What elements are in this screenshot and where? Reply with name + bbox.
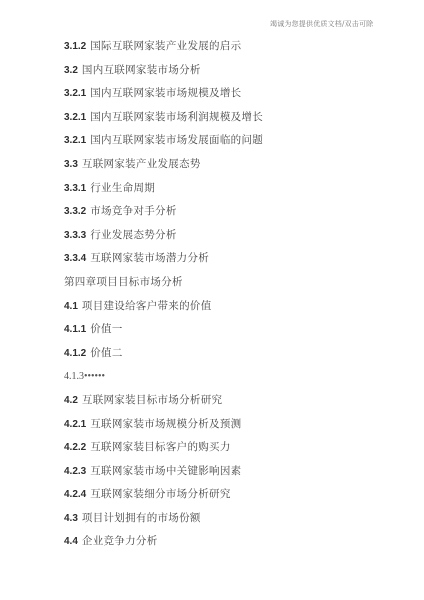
toc-title: 互联网家装市场中关键影响因素	[90, 465, 241, 477]
toc-number: 3.3.2	[64, 206, 86, 217]
toc-title: 互联网家装目标客户的购买力	[90, 441, 230, 453]
toc-number: 3.3.1	[64, 183, 86, 194]
toc-number: 3.2	[64, 65, 78, 76]
toc-entry: 4.3项目计划拥有的市场份额	[64, 507, 394, 531]
toc-entry: 3.3.2市场竞争对手分析	[64, 200, 394, 224]
toc-entry: 3.1.2国际互联网家装产业发展的启示	[64, 35, 394, 59]
toc-title: 项目建设给客户带来的价值	[82, 300, 212, 312]
toc-entry: 4.1.2价值二	[64, 342, 394, 366]
toc-title: 价值二	[90, 347, 122, 359]
toc-entry: 3.3互联网家装产业发展态势	[64, 153, 394, 177]
toc-title: 互联网家装目标市场分析研究	[82, 394, 222, 406]
toc-number: 4.1.2	[64, 348, 86, 359]
toc-number: 3.3.3	[64, 230, 86, 241]
toc-title: 互联网家装产业发展态势	[82, 158, 201, 170]
toc-title: 国内互联网家装市场规模及增长	[90, 87, 241, 99]
toc-entry: 4.2.2互联网家装目标客户的购买力	[64, 436, 394, 460]
toc-entry: 3.3.3行业发展态势分析	[64, 224, 394, 248]
toc-entry: 4.2互联网家装目标市场分析研究	[64, 389, 394, 413]
toc-number: 4.2	[64, 395, 78, 406]
toc-entry: 4.2.1互联网家装市场规模分析及预测	[64, 413, 394, 437]
toc-title: 价值一	[90, 323, 122, 335]
toc-number: 4.2.1	[64, 419, 86, 430]
toc-title: 项目计划拥有的市场份额	[82, 512, 201, 524]
toc-entry: 3.3.4互联网家装市场潜力分析	[64, 247, 394, 271]
toc-entry: 4.2.3互联网家装市场中关键影响因素	[64, 460, 394, 484]
toc-chapter-heading: 第四章项目目标市场分析	[64, 271, 394, 295]
toc-number: 4.4	[64, 536, 78, 547]
toc-number: 4.1.3••••••	[64, 371, 105, 382]
toc-number: 3.1.2	[64, 41, 86, 52]
toc-entry: 4.1.1价值一	[64, 318, 394, 342]
toc-number: 3.2.1	[64, 88, 86, 99]
toc-title: 企业竞争力分析	[82, 535, 158, 547]
toc-entry: 3.2国内互联网家装市场分析	[64, 59, 394, 83]
toc-entry: 3.2.1国内互联网家装市场发展面临的问题	[64, 129, 394, 153]
toc-title: 国内互联网家装市场发展面临的问题	[90, 134, 263, 146]
toc-entry: 4.1项目建设给客户带来的价值	[64, 295, 394, 319]
toc-number: 4.2.4	[64, 489, 86, 500]
toc-title: 第四章项目目标市场分析	[64, 276, 183, 288]
toc-number: 4.3	[64, 513, 78, 524]
toc-entry: 4.4企业竞争力分析	[64, 530, 394, 554]
toc-title: 国内互联网家装市场利润规模及增长	[90, 111, 263, 123]
toc-title: 互联网家装市场潜力分析	[90, 252, 209, 264]
toc-entry: 3.2.1国内互联网家装市场利润规模及增长	[64, 106, 394, 130]
toc-number: 3.3.4	[64, 253, 86, 264]
toc-number: 4.2.2	[64, 442, 86, 453]
toc-title: 行业生命周期	[90, 182, 155, 194]
toc-number: 4.1	[64, 301, 78, 312]
toc-title: 行业发展态势分析	[90, 229, 176, 241]
toc-title: 国内互联网家装市场分析	[82, 64, 201, 76]
toc-entry: 4.2.4互联网家装细分市场分析研究	[64, 483, 394, 507]
toc-entry: 3.3.1行业生命周期	[64, 177, 394, 201]
table-of-contents: 3.1.2国际互联网家装产业发展的启示 3.2国内互联网家装市场分析 3.2.1…	[64, 35, 394, 554]
toc-number: 4.2.3	[64, 466, 86, 477]
toc-number: 3.3	[64, 159, 78, 170]
toc-title: 互联网家装细分市场分析研究	[90, 488, 230, 500]
toc-title: 国际互联网家装产业发展的启示	[90, 40, 241, 52]
toc-title: 互联网家装市场规模分析及预测	[90, 418, 241, 430]
toc-number: 3.2.1	[64, 112, 86, 123]
toc-number: 4.1.1	[64, 324, 86, 335]
toc-number: 3.2.1	[64, 135, 86, 146]
toc-title: 市场竞争对手分析	[90, 205, 176, 217]
toc-entry: 3.2.1国内互联网家装市场规模及增长	[64, 82, 394, 106]
page-header: 竭诚为您提供优质文档/双击可除	[270, 19, 373, 29]
toc-entry: 4.1.3••••••	[64, 365, 394, 389]
